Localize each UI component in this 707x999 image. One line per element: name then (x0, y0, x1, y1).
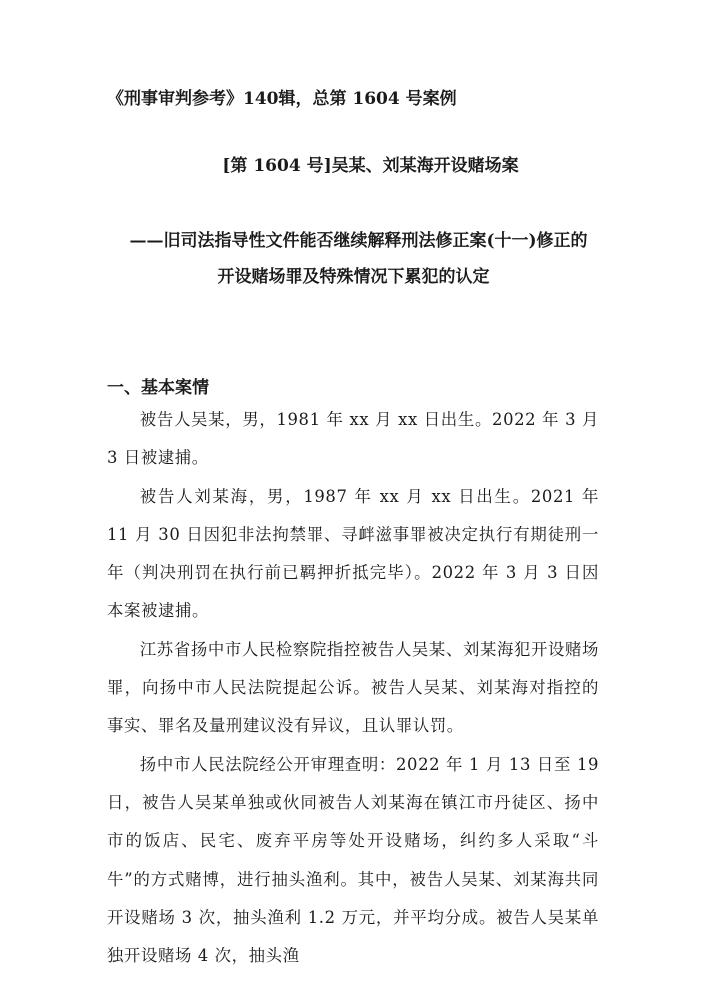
case-subtitle-text-2: 开设赌场罪及特殊情况下累犯的认定 (218, 267, 490, 287)
section-heading-basic-facts: 一、基本案情 (107, 373, 209, 398)
paragraph-defendant-wu: 被告人吴某，男，1981 年 xx 月 xx 日出生。2022 年 3 月 3 … (107, 401, 599, 478)
source-citation: 《刑事审判参考》140辑，总第 1604 号案例 (107, 84, 457, 109)
section-body: 被告人吴某，男，1981 年 xx 月 xx 日出生。2022 年 3 月 3 … (107, 401, 599, 975)
case-title: [第 1604 号]吴某、刘某海开设赌场案 (0, 151, 707, 176)
case-subtitle-text-1: ——旧司法指导性文件能否继续解释刑法修正案(十一)修正的 (129, 231, 587, 251)
paragraph-prosecution: 江苏省扬中市人民检察院指控被告人吴某、刘某海犯开设赌场罪，向扬中市人民法院提起公… (107, 631, 599, 746)
document-page: 《刑事审判参考》140辑，总第 1604 号案例 [第 1604 号]吴某、刘某… (0, 0, 707, 999)
paragraph-court-findings: 扬中市人民法院经公开审理查明：2022 年 1 月 13 日至 19 日，被告人… (107, 746, 599, 976)
case-title-text: [第 1604 号]吴某、刘某海开设赌场案 (222, 156, 518, 176)
case-subtitle-line-2: 开设赌场罪及特殊情况下累犯的认定 (0, 262, 707, 287)
case-subtitle-line-1: ——旧司法指导性文件能否继续解释刑法修正案(十一)修正的 (0, 226, 707, 251)
paragraph-defendant-liu: 被告人刘某海，男，1987 年 xx 月 xx 日出生。2021 年 11 月 … (107, 478, 599, 631)
